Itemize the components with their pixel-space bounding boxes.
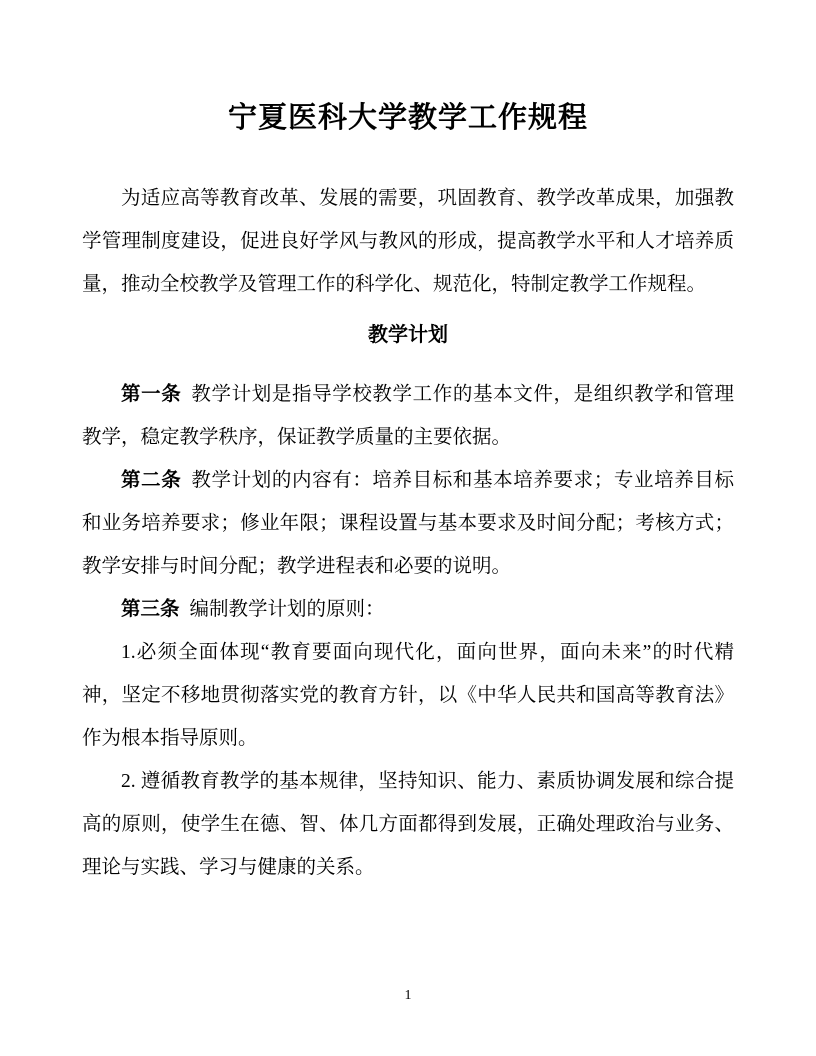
principle-item-1: 1.必须全面体现“教育要面向现代化，面向世界，面向未来”的时代精神，坚定不移地贯… xyxy=(82,631,734,760)
article-label-2: 第二条 xyxy=(121,470,181,491)
intro-paragraph: 为适应高等教育改革、发展的需要，巩固教育、教学改革成果，加强教学管理制度建设，促… xyxy=(82,177,734,306)
article-paragraph-2: 第二条教学计划的内容有：培养目标和基本培养要求；专业培养目标和业务培养要求；修业… xyxy=(82,459,734,588)
article-text-3: 编制教学计划的原则： xyxy=(190,599,385,620)
document-page: 宁夏医科大学教学工作规程 为适应高等教育改革、发展的需要，巩固教育、教学改革成果… xyxy=(0,0,816,1056)
article-label-3: 第三条 xyxy=(121,599,180,620)
section-heading: 教学计划 xyxy=(82,314,734,357)
principle-item-2: 2. 遵循教育教学的基本规律，坚持知识、能力、素质协调发展和综合提高的原则，使学… xyxy=(82,760,734,889)
article-paragraph-3: 第三条编制教学计划的原则： xyxy=(82,588,734,631)
article-paragraph-1: 第一条教学计划是指导学校教学工作的基本文件，是组织教学和管理教学，稳定教学秩序，… xyxy=(82,373,734,459)
page-number: 1 xyxy=(0,986,816,1006)
article-label-1: 第一条 xyxy=(121,384,181,405)
document-title: 宁夏医科大学教学工作规程 xyxy=(82,97,734,140)
document-content: 宁夏医科大学教学工作规程 为适应高等教育改革、发展的需要，巩固教育、教学改革成果… xyxy=(0,0,816,889)
